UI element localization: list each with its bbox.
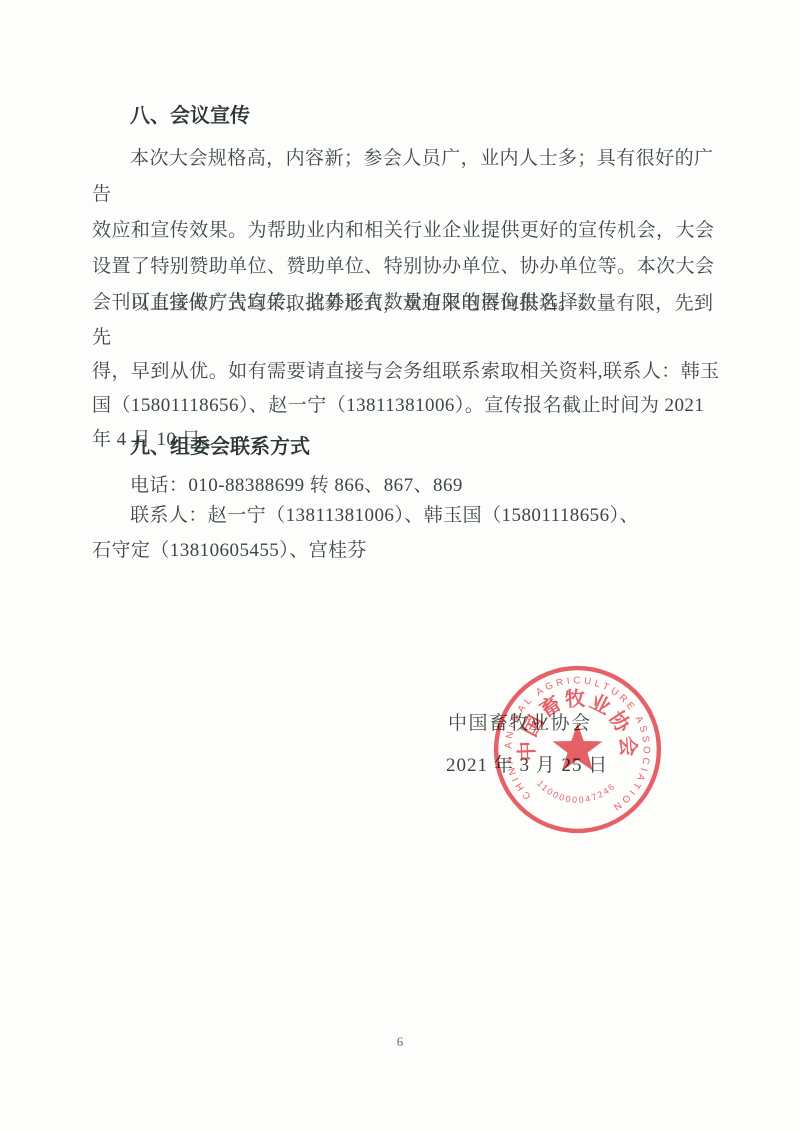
seal-serial-number: 1100000047246 (535, 778, 616, 804)
svg-text:1100000047246: 1100000047246 (535, 778, 616, 804)
section-8-heading: 八、会议宣传 (92, 101, 724, 131)
contacts-lines: 联系人：赵一宁（13811381006）、韩玉国（15801118656）、 石… (92, 498, 728, 568)
document-page: 八、会议宣传 本次大会规格高，内容新；参会人员广，业内人士多；具有很好的广告 效… (0, 0, 800, 1131)
official-seal-stamp: CHINA ANIMAL AGRICULTURE ASSOCIATION 中国畜… (490, 662, 665, 837)
star-icon (553, 723, 603, 771)
section-9-heading: 九、组委会联系方式 (92, 432, 724, 462)
page-number: 6 (0, 1034, 800, 1050)
